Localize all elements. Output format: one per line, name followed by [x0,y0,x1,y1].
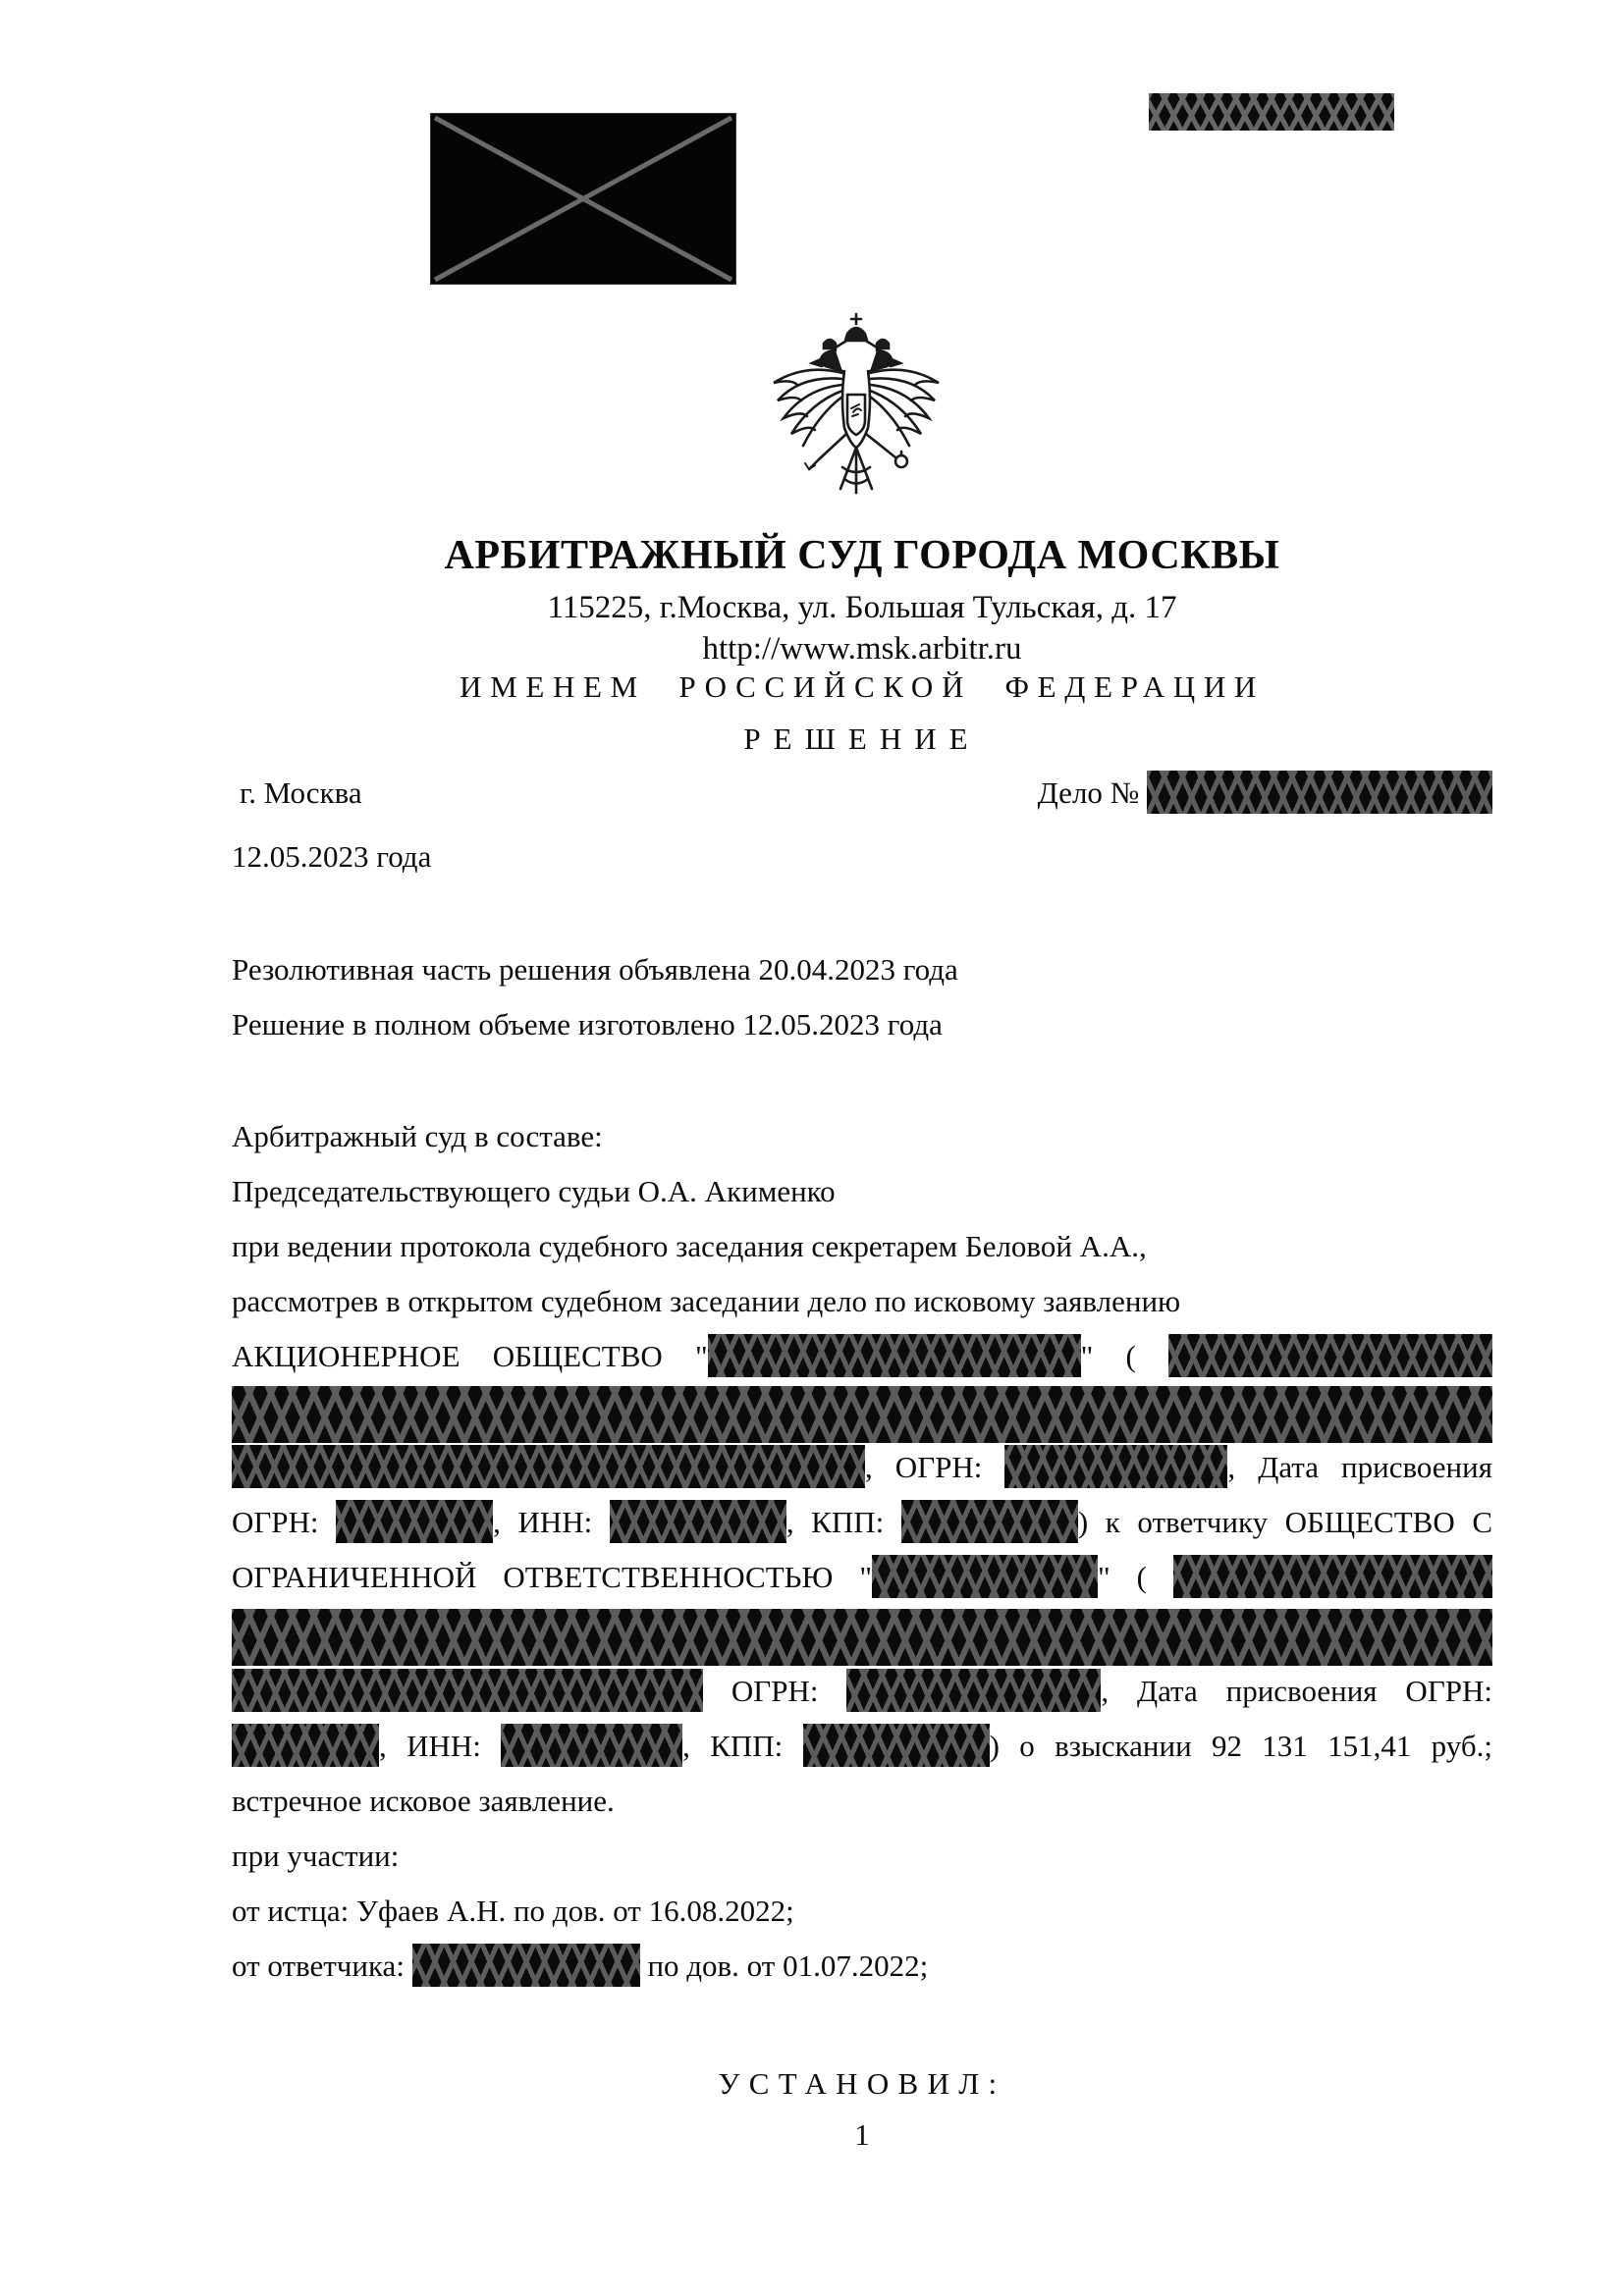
considered-line: рассмотрев в открытом судебном заседании… [232,1274,1492,1329]
defendant-line-3: ОГРН: , Дата присвоения ОГРН: [232,1664,1492,1719]
ogrn-label: , ОГРН: [865,1450,1004,1484]
case-number-group: Дело № [1038,766,1492,821]
defendant-intro: ) к ответчику ОБЩЕСТВО С [1078,1505,1492,1539]
decision-date-line: 12.05.2023 года [232,829,1492,884]
redaction-claimant-name [708,1334,1081,1377]
kpp-label: , КПП: [786,1505,901,1539]
resolution-announced-line: Резолютивная часть решения объявлена 20.… [232,942,1492,997]
case-number-row: г. Москва Дело № [232,766,1492,821]
defendant-inn-label: , ИНН: [379,1729,501,1763]
redacted-image-placeholder [430,113,736,285]
counterclaim-line: встречное исковое заявление. [232,1774,1492,1829]
court-address: 115225, г.Москва, ул. Большая Тульская, … [232,587,1492,628]
claim-amount-text: ) о взыскании 92 131 151,41 руб.; [990,1729,1492,1763]
redaction-defendant-name [872,1555,1098,1598]
redaction-case-number [1147,771,1492,814]
defendant-rep-label: от ответчика: [232,1949,412,1983]
defendant-line-4: , ИНН: , КПП: ) о взыскании 92 131 151,4… [232,1719,1492,1774]
redaction-ogrn-date [336,1500,493,1543]
defendant-kpp-label: , КПП: [682,1729,802,1763]
redaction-defendant-ogrn-date [232,1724,379,1767]
participants-intro-line: при участии: [232,1829,1492,1884]
redaction-ogrn-value [1004,1445,1227,1488]
placeholder-x-icon [431,114,735,284]
redaction-defendant-representative [412,1944,640,1987]
claimant-line-3: , ОГРН: , Дата присвоения [232,1440,1492,1495]
redaction-inn-value [610,1500,786,1543]
redaction-defendant-ogrn [846,1669,1101,1712]
coat-of-arms-eagle-icon [758,310,954,507]
defendant-rep-date: по дов. от 01.07.2022; [640,1949,929,1983]
redaction-defendant-details [1173,1555,1492,1598]
redaction-kpp-value [901,1500,1078,1543]
court-name-title: АРБИТРАЖНЫЙ СУД ГОРОДА МОСКВЫ [232,530,1492,581]
document-type-heading: РЕШЕНИЕ [232,717,1492,762]
page-number: 1 [232,2110,1492,2160]
plaintiff-representative-line: от истца: Уфаев А.Н. по дов. от 16.08.20… [232,1884,1492,1939]
defendant-open-paren: " ( [1098,1560,1147,1594]
defendant-line-1: ОГРАНИЧЕННОЙ ОТВЕТСТВЕННОСТЬЮ "" ( [232,1550,1492,1605]
judge-line: Председательствующего судьи О.А. Акименк… [232,1164,1492,1219]
composition-intro-line: Арбитражный суд в составе: [232,1109,1492,1164]
redaction-defendant-address-row [232,1609,1492,1666]
redaction-claimant-details [1168,1334,1492,1377]
defendant-ogrn-label: ОГРН: [703,1674,846,1708]
inn-label: , ИНН: [493,1505,610,1539]
redaction-claimant-address-2 [232,1445,865,1488]
full-text-made-line: Решение в полном объеме изготовлено 12.0… [232,997,1492,1052]
redaction-claimant-address-row [232,1386,1492,1443]
redaction-defendant-inn [501,1724,682,1767]
redaction-bar-top-right [1149,93,1394,131]
ogrn-date-label: , Дата присвоения [1227,1450,1492,1484]
court-url: http://www.msk.arbitr.ru [232,628,1492,669]
defendant-company-type: ОГРАНИЧЕННОЙ ОТВЕТСТВЕННОСТЬЮ " [232,1560,872,1594]
in-the-name-line: ИМЕНЕМ РОССИЙСКОЙ ФЕДЕРАЦИИ [232,666,1492,709]
established-heading: УСТАНОВИЛ: [232,2056,1492,2111]
defendant-representative-line: от ответчика: по дов. от 01.07.2022; [232,1939,1492,1994]
claimant-line-4: ОГРН: , ИНН: , КПП: ) к ответчику ОБЩЕСТ… [232,1495,1492,1550]
claimant-open-paren: " ( [1081,1339,1136,1373]
redaction-defendant-address-2 [232,1669,703,1712]
defendant-ogrn-date-label: , Дата присвоения ОГРН: [1101,1674,1492,1708]
claimant-company-type: АКЦИОНЕРНОЕ ОБЩЕСТВО " [232,1339,708,1373]
court-decision-page: АРБИТРАЖНЫЙ СУД ГОРОДА МОСКВЫ 115225, г.… [0,0,1624,2296]
ogrn-label-2: ОГРН: [232,1505,336,1539]
secretary-line: при ведении протокола судебного заседани… [232,1219,1492,1274]
city-label: г. Москва [232,766,362,821]
redaction-defendant-kpp [803,1724,990,1767]
claimant-line-1: АКЦИОНЕРНОЕ ОБЩЕСТВО "" ( [232,1329,1492,1384]
case-number-label: Дело № [1038,775,1140,810]
